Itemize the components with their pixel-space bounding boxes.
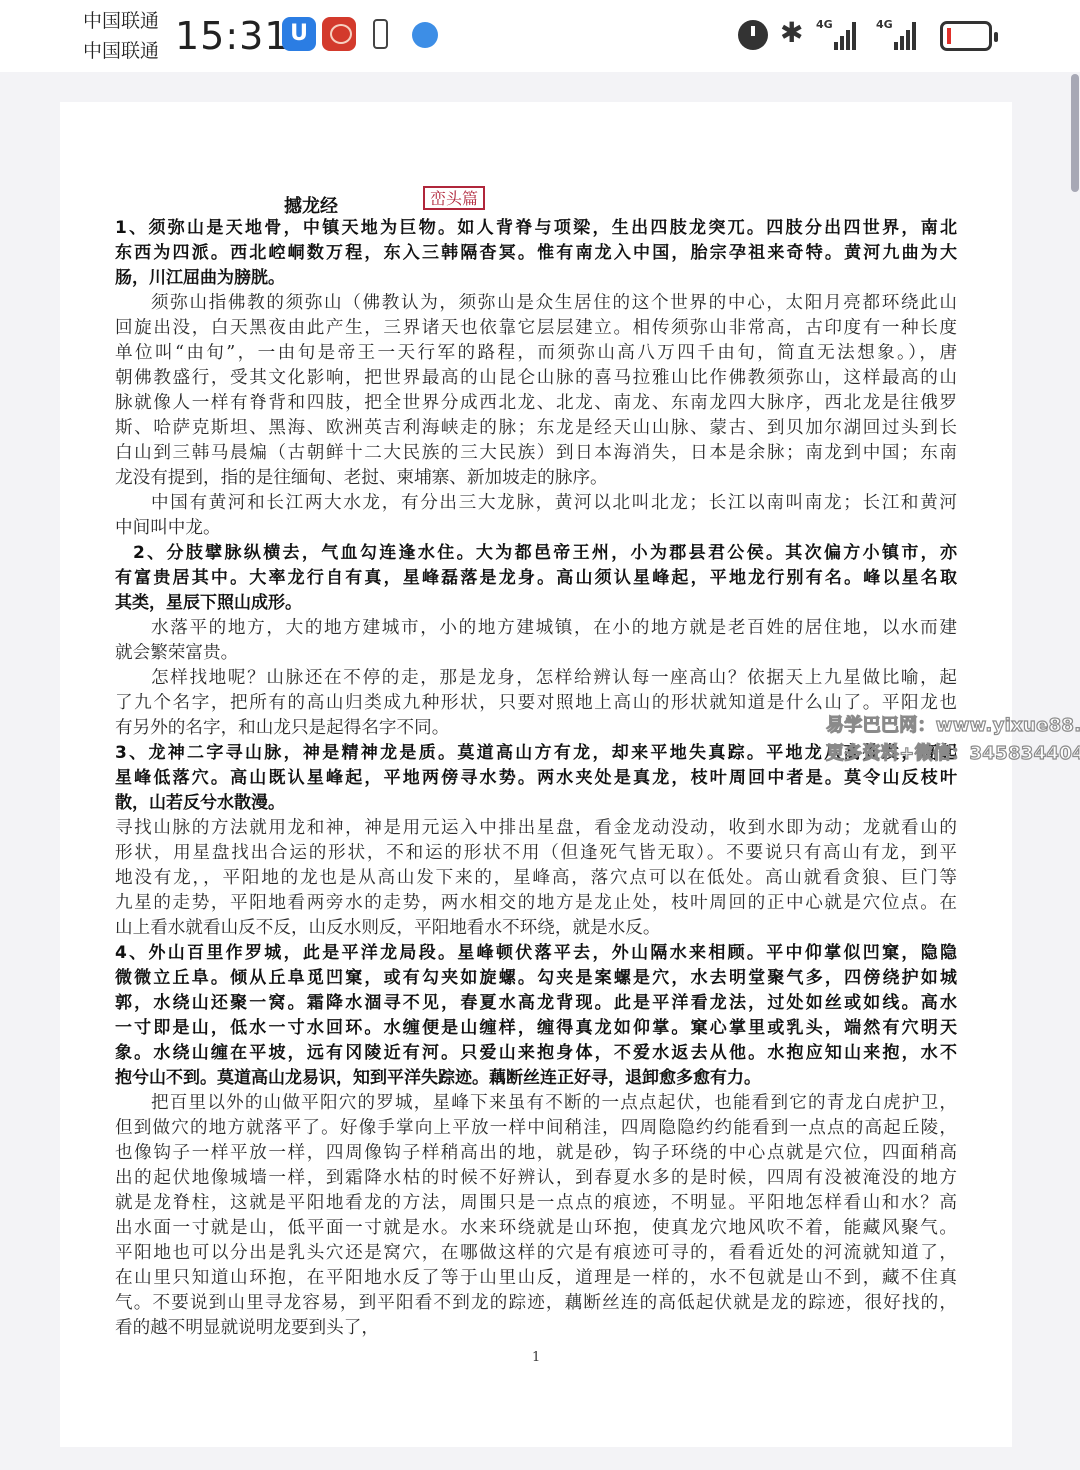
text-line: 形状，用星盘找出合运的形状，不和运的形状不用（但逢死气皆无取）。不要说只有高山有…	[115, 841, 957, 866]
text-line: 九星的走势，平阳地看两旁水的走势，两水相交的地方是龙止处，枝叶周回的正中心就是穴…	[115, 891, 957, 916]
scrollbar-thumb[interactable]	[1071, 74, 1079, 192]
text-line: 回旋出没，白天黑夜由此产生，三界诸天也依靠它层层建立。相传须弥山非常高，古印度有…	[115, 316, 957, 341]
scrollbar[interactable]	[1066, 72, 1080, 1470]
text-line: 中国有黄河和长江两大水龙，有分出三大龙脉，黄河以北叫北龙；长江以南叫南龙；长江和…	[115, 491, 957, 516]
text-line: 地没有龙，，平阳地的龙也是从高山发下来的，星峰高，落穴点可以在低处。高山就看贪狼…	[115, 866, 957, 891]
text-line: 斯、哈萨克斯坦、黑海、欧洲英吉利海峡走的脉；东龙是经天山山脉、蒙古、到贝加尔湖回…	[115, 416, 957, 441]
text-line: 龙没有提到，指的是往缅甸、老挝、柬埔寨、新加坡走的脉序。	[115, 466, 957, 491]
text-line: 把百里以外的山做平阳穴的罗城，星峰下来虽有不断的一点点起伏，也能看到它的青龙白虎…	[115, 1091, 957, 1116]
signal-label: 4G	[816, 18, 833, 31]
text-line: 须弥山指佛教的须弥山（佛教认为，须弥山是众生居住的这个世界的中心，太阳月亮都环绕…	[115, 291, 957, 316]
text-line: 出的起伏地像城墙一样，到霜降水枯的时候不好辨认，到春夏水多的是时候，四周有没被淹…	[115, 1166, 957, 1191]
carrier-label-1: 中国联通	[83, 10, 159, 32]
text-line: 脉就像人一样有脊背和四肢，把全世界分成西北龙、北龙、南龙、东南龙四大脉序，西北龙…	[115, 391, 957, 416]
document-title: 撼龙经	[284, 192, 338, 218]
red-app-icon	[322, 17, 356, 51]
text-line: 抱兮山不到。莫道高山龙易识，知到平洋失踪迹。藕断丝连正好寻，退卸愈多愈有力。	[115, 1066, 957, 1091]
signal-label: 4G	[876, 18, 893, 31]
alarm-icon	[738, 20, 768, 50]
text-line: 一寸即是山，低水一寸水回环。水缠便是山缠样，缠得真龙如仰掌。窠心掌里或乳头，端然…	[115, 1016, 957, 1041]
text-line: 看的越不明显就说明龙要到头了，	[115, 1316, 957, 1341]
text-line: 出水面一寸就是山，低平面一寸就是水。水来环绕就是山环抱，使真龙穴地风吹不着，能藏…	[115, 1216, 957, 1241]
text-line: 就会繁荣富贵。	[115, 641, 957, 666]
text-line: 就是龙脊柱，这就是平阳地看龙的方法，周围只是一点点的痕迹，不明显。平阳地怎样看山…	[115, 1191, 957, 1216]
text-line: 象。水绕山缠在平坡，远有冈陵近有河。只爱山来抱身体，不爱水返去从他。水抱应知山来…	[115, 1041, 957, 1066]
text-line: 微微立丘阜。倾从丘阜觅凹窠，或有勾夹如旋螺。勾夹是案螺是穴，水去明堂聚气多，四傍…	[115, 966, 957, 991]
text-line: 东西为四派。西北崆峒数万程，东入三韩隔杳冥。惟有南龙入中国，胎宗孕祖来奇特。黄河…	[115, 241, 957, 266]
phone-icon	[373, 19, 388, 49]
text-line: 怎样找地呢？山脉还在不停的走，那是龙身，怎样给辨认每一座高山？依据天上九星做比喻…	[115, 666, 957, 691]
text-line: 郭，水绕山还聚一窝。霜降水涸寻不见，春夏水高龙背现。此是平洋看龙法，过处如丝或如…	[115, 991, 957, 1016]
text-line: 在山里只知道山环抱，在平阳地水反了等于山里山反，道理是一样的，水不包就是山不到，…	[115, 1266, 957, 1291]
text-line: 水落平的地方，大的地方建城市，小的地方建城镇，在小的地方就是老百姓的居住地，以水…	[115, 616, 957, 641]
bluetooth-icon: ✱	[780, 16, 803, 49]
tieba-app-icon: U	[282, 17, 316, 51]
watermark-contact: 更多资料+微信：3458344044	[826, 739, 1080, 765]
section-stamp: 峦头篇	[423, 186, 485, 210]
page-number: 1	[532, 1350, 540, 1365]
document-body: 1、须弥山是天地骨，中镇天地为巨物。如人背脊与项梁，生出四肢龙突兀。四肢分出四世…	[115, 216, 957, 1341]
text-line: 平阳地也可以分出是乳头穴还是窝穴，在哪做这样的穴是有痕迹可寻的，看看近处的河流就…	[115, 1241, 957, 1266]
text-line: 4、外山百里作罗城，此是平洋龙局段。星峰顿伏落平去，外山隔水来相顾。平中仰掌似凹…	[115, 941, 957, 966]
text-line: 寻找山脉的方法就用龙和神，神是用元运入中排出星盘，看金龙动没动，收到水即为动；龙…	[115, 816, 957, 841]
status-bar: 中国联通 中国联通 15:31 U ✱ 4G 4G	[0, 0, 1080, 72]
text-line: 2、分肢擘脉纵横去，气血勾连逢水住。大为都邑帝王州，小为郡县君公侯。其次偏方小镇…	[115, 541, 957, 566]
signal-4g-icon: 4G	[816, 18, 860, 50]
carrier-label-2: 中国联通	[83, 40, 159, 62]
text-line: 白山到三韩马晨煸（古朝鲜十二大民族的三大民族）到日本海消失，日本是余脉；南龙到中…	[115, 441, 957, 466]
text-line: 1、须弥山是天地骨，中镇天地为巨物。如人背脊与项梁，生出四肢龙突兀。四肢分出四世…	[115, 216, 957, 241]
text-line: 也像钩子一样平放一样，四周像钩子样稍高出的地，就是砂，钩子环绕的中心点就是穴位，…	[115, 1141, 957, 1166]
text-line: 气。不要说到山里寻龙容易，到平阳看不到龙的踪迹，藕断丝连的高低起伏就是龙的踪迹，…	[115, 1291, 957, 1316]
text-line: 有富贵居其中。大率龙行自有真，星峰磊落是龙身。高山须认星峰起，平地龙行别有名。峰…	[115, 566, 957, 591]
text-line: 肠，川江屈曲为膀胱。	[115, 266, 957, 291]
battery-icon	[940, 21, 992, 51]
text-line: 单位叫“由旬”，一由旬是帝王一天行军的路程，而须弥山高八万四千由旬，简直无法想象…	[115, 341, 957, 366]
text-line: 朝佛教盛行，受其文化影响，把世界最高的山昆仑山脉的喜马拉雅山比作佛教须弥山，这样…	[115, 366, 957, 391]
text-line: 星峰低落穴。高山既认星峰起，平地两傍寻水势。两水夹处是真龙，枝叶周回中者是。莫令…	[115, 766, 957, 791]
text-line: 散，山若反兮水散漫。	[115, 791, 957, 816]
text-line: 其类，星辰下照山成形。	[115, 591, 957, 616]
text-line: 山上看水就看山反不反，山反水则反，平阳地看水不环绕，就是水反。	[115, 916, 957, 941]
text-line: 中间叫中龙。	[115, 516, 957, 541]
watermark-site: 易学巴巴网：www.yixue88.cn	[826, 711, 1080, 737]
text-line: 但到做穴的地方就落平了。好像手掌向上平放一样中间稍洼，四周隐隐约约能看到一点点的…	[115, 1116, 957, 1141]
signal-4g-icon: 4G	[876, 18, 920, 50]
clock: 15:31	[175, 14, 290, 58]
globe-icon	[412, 22, 438, 48]
